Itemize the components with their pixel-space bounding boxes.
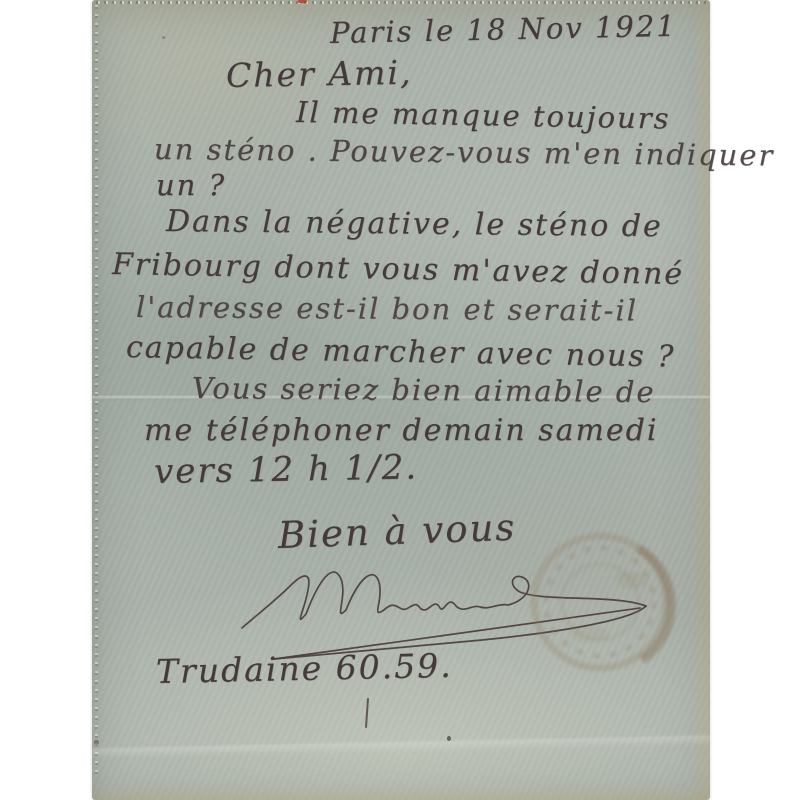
- body-line: vers 12 h 1/2.: [154, 447, 419, 492]
- perforation-top-edge: [96, 1, 706, 4]
- body-line: Fribourg dont vous m'avez donné: [112, 247, 685, 292]
- closing-line: Bien à vous: [277, 506, 517, 557]
- body-line: l'adresse est-il bon et serait-il: [136, 290, 638, 328]
- ink-speck: [447, 736, 451, 741]
- bottom-crease: [92, 736, 710, 759]
- body-line: capable de marcher avec nous ?: [126, 330, 676, 375]
- ink-speck: [365, 698, 369, 728]
- paper-fleck: [162, 36, 165, 39]
- body-line: un ?: [156, 168, 226, 202]
- date-line: Paris le 18 Nov 1921: [330, 9, 677, 50]
- body-line: me téléphoner demain samedi: [144, 413, 658, 448]
- body-line: Vous seriez bien aimable de: [192, 371, 656, 409]
- body-line: un sténo . Pouvez-vous m'en indiquer: [154, 132, 775, 172]
- body-line: Il me manque toujours: [296, 95, 671, 136]
- letter-photo: Paris le 18 Nov 1921 Cher Ami, Il me man…: [0, 0, 800, 800]
- postmark-stamp: [520, 522, 680, 682]
- body-line: Dans la négative, le sténo de: [166, 204, 663, 244]
- salutation: Cher Ami,: [226, 53, 413, 95]
- red-ink-speck: [298, 0, 307, 3]
- paper-fleck: [94, 740, 99, 745]
- phone-line: Trudaine 60.59.: [156, 646, 453, 691]
- letter-card-paper: Paris le 18 Nov 1921 Cher Ami, Il me man…: [92, 0, 710, 800]
- perforation-left-edge: [95, 4, 98, 774]
